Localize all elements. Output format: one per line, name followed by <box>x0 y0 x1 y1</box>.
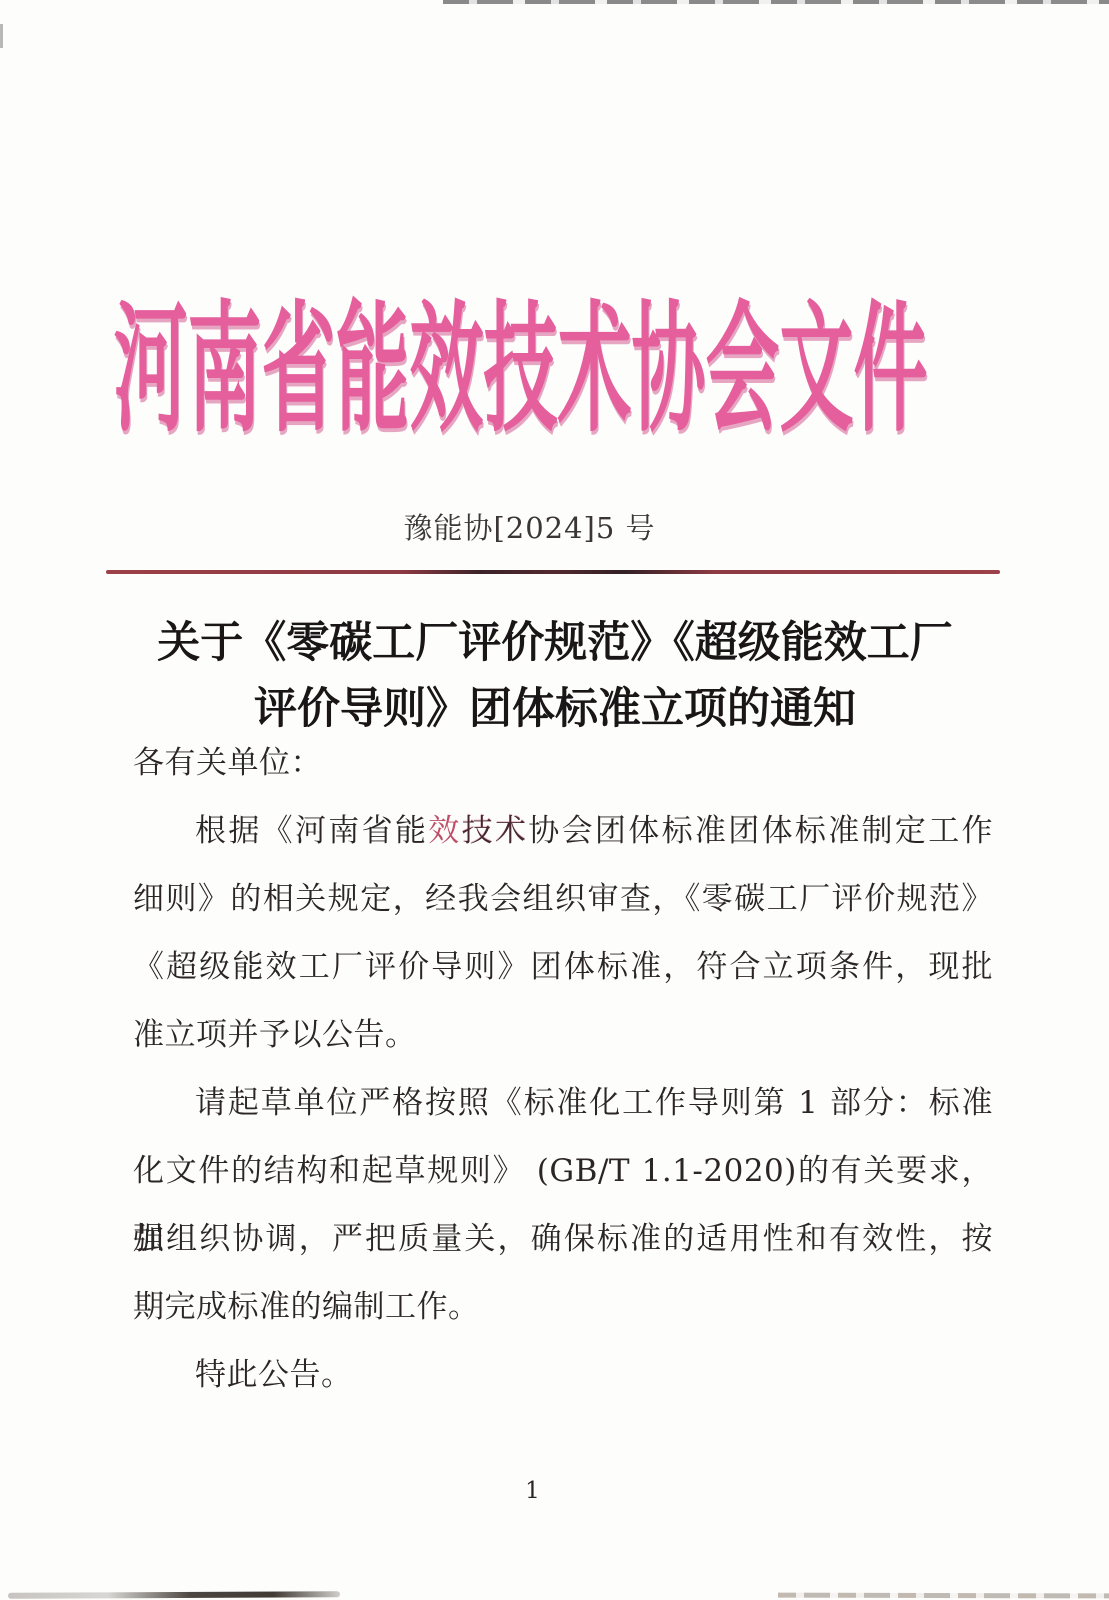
para1-line1-prefix: 根据《河南省能 <box>195 813 428 849</box>
notice-heading: 关于《零碳工厂评价规范》《超级能效工厂 评价导则》团体标准立项的通知 <box>120 610 990 742</box>
scan-edge-artifact-left <box>0 24 3 48</box>
para1-line1-suffix: 协会团体标准团体标准制定工作 <box>528 813 993 849</box>
para2-line3: 强组织协调，严把质量关，确保标准的适用性和有效性，按 <box>133 1205 993 1273</box>
salutation: 各有关单位： <box>133 729 993 797</box>
para2-line1: 请起草单位严格按照《标准化工作导则第 1 部分：标准 <box>133 1069 993 1137</box>
para1-line1-stamped-chars: 技术 <box>462 813 529 849</box>
scanned-document-page: 河南省能效技术协会文件 豫能协[2024]5 号 关于《零碳工厂评价规范》《超级… <box>0 0 1109 1600</box>
para2-line2: 化文件的结构和起草规则》 (GB/T 1.1-2020)的有关要求，加 <box>133 1137 993 1205</box>
scan-edge-artifact-bottom-right <box>778 1593 1109 1599</box>
notice-heading-line1: 关于《零碳工厂评价规范》《超级能效工厂 <box>120 610 990 676</box>
closing-statement: 特此公告。 <box>133 1341 993 1409</box>
para1-line3: 《超级能效工厂评价导则》团体标准，符合立项条件，现批 <box>133 933 993 1001</box>
scan-edge-artifact-bottom-left <box>8 1591 340 1598</box>
para2-line4: 期完成标准的编制工作。 <box>133 1273 993 1341</box>
document-number: 豫能协[2024]5 号 <box>0 506 1084 547</box>
letterhead-title: 河南省能效技术协会文件 <box>0 300 1075 441</box>
red-divider-line <box>106 570 1000 574</box>
para1-line2: 细则》的相关规定，经我会组织审查，《零碳工厂评价规范》 <box>133 865 993 933</box>
para1-line4: 准立项并予以公告。 <box>133 1001 993 1069</box>
para1-line1-stamped-char: 效 <box>428 813 461 849</box>
scan-edge-artifact-top <box>443 0 1109 4</box>
page-number: 1 <box>0 1478 1087 1504</box>
para1-line1: 根据《河南省能效技术协会团体标准团体标准制定工作 <box>133 797 993 865</box>
notice-body: 各有关单位： 根据《河南省能效技术协会团体标准团体标准制定工作 细则》的相关规定… <box>133 729 993 1409</box>
